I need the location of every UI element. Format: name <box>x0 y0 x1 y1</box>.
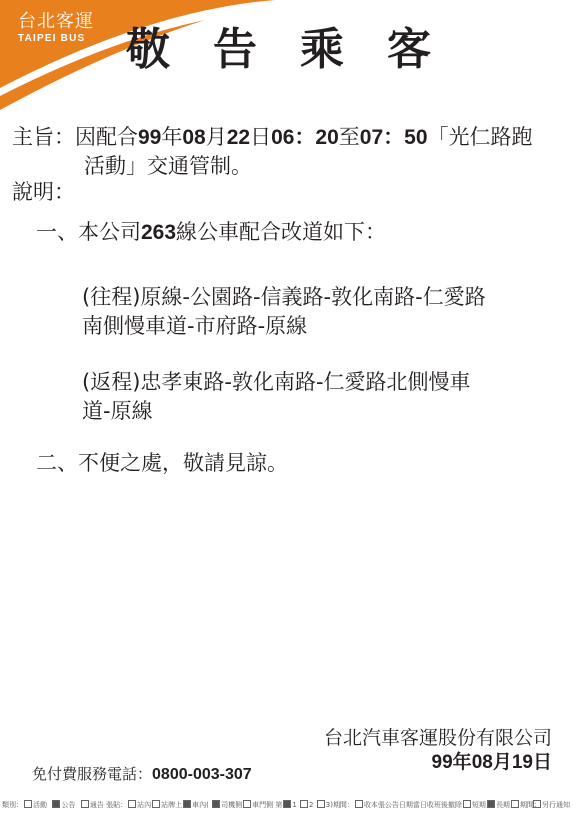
phone-number: 0800-003-307 <box>152 766 252 783</box>
until-further-notice: 另行通知 <box>532 800 570 810</box>
checkbox-1-checked <box>283 800 291 808</box>
logo-english: TAIPEI BUS <box>18 33 94 45</box>
logo-chinese: 台北客運 <box>18 12 94 32</box>
issue-date: 99年08月19日 <box>432 750 552 775</box>
posting-metadata: 類別：活動 公告 通告 張貼：站內站牌上車內( 司機側車門側 第1 2 3)期間… <box>2 800 541 810</box>
checkbox-until-notice <box>533 800 541 808</box>
checkbox-stop <box>152 800 160 808</box>
subject-line-1: 主旨：因配合99年08月22日06：20至07：50「光仁路跑 <box>12 123 533 152</box>
inbound-route-line-1: (返程)忠孝東路-敦化南路-仁愛路北側慢車 <box>82 368 471 396</box>
explanation-label: 說明： <box>12 178 75 206</box>
checkbox-announcement-checked <box>52 800 60 808</box>
checkbox-driver-side-checked <box>212 800 220 808</box>
checkbox-remove-same-day <box>355 800 363 808</box>
checkbox-3 <box>317 800 325 808</box>
checkbox-activity <box>24 800 32 808</box>
page-title: 敬告乘客 <box>126 22 474 78</box>
checkbox-door-side <box>243 800 251 808</box>
checkbox-bus-checked <box>183 800 191 808</box>
checkbox-short-term <box>463 800 471 808</box>
outbound-route-line-1: (往程)原線-公園路-信義路-敦化南路-仁愛路 <box>82 283 486 311</box>
checkbox-notice <box>81 800 89 808</box>
explanation-item-2: 二、不便之處，敬請見諒。 <box>36 449 288 477</box>
inbound-route-line-2: 道-原線 <box>82 397 153 425</box>
taipei-bus-logo: 台北客運 TAIPEI BUS <box>18 12 94 45</box>
outbound-route-line-2: 南側慢車道-市府路-原線 <box>82 312 307 340</box>
checkbox-2 <box>300 800 308 808</box>
checkbox-station <box>128 800 136 808</box>
checkbox-period <box>511 800 519 808</box>
company-name: 台北汽車客運股份有限公司 <box>324 726 552 750</box>
subject-label: 主旨： <box>12 125 75 149</box>
explanation-item-1: 一、本公司263線公車配合改道如下： <box>36 218 386 247</box>
subject-line-2: 活動」交通管制。 <box>84 152 252 180</box>
service-phone: 免付費服務電話：0800-003-307 <box>32 764 252 785</box>
route-number: 263 <box>141 221 176 244</box>
checkbox-long-term-checked <box>487 800 495 808</box>
